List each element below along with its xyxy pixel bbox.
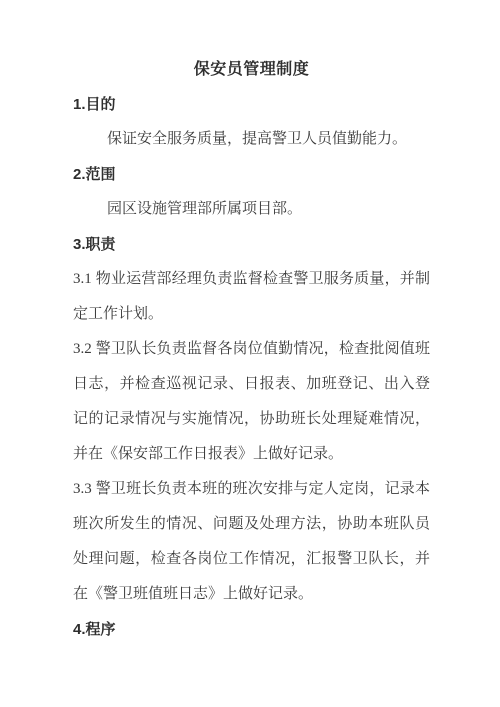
section-heading-purpose: 1.目的 — [73, 87, 430, 122]
section-heading-responsibilities: 3.职责 — [73, 227, 430, 262]
section-heading-scope: 2.范围 — [73, 157, 430, 192]
paragraph-responsibility-3-1: 3.1 物业运营部经理负责监督检查警卫服务质量，并制定工作计划。 — [73, 262, 430, 332]
document-page: 保安员管理制度 1.目的 保证安全服务质量，提高警卫人员值勤能力。 2.范围 园… — [0, 0, 500, 707]
document-title: 保安员管理制度 — [73, 52, 430, 87]
paragraph-responsibility-3-3: 3.3 警卫班长负责本班的班次安排与定人定岗，记录本班次所发生的情况、问题及处理… — [73, 472, 430, 612]
paragraph-responsibility-3-2: 3.2 警卫队长负责监督各岗位值勤情况，检查批阅值班日志，并检查巡视记录、日报表… — [73, 332, 430, 472]
section-heading-procedure: 4.程序 — [73, 612, 430, 647]
paragraph-scope: 园区设施管理部所属项目部。 — [73, 192, 430, 227]
paragraph-purpose: 保证安全服务质量，提高警卫人员值勤能力。 — [73, 122, 430, 157]
